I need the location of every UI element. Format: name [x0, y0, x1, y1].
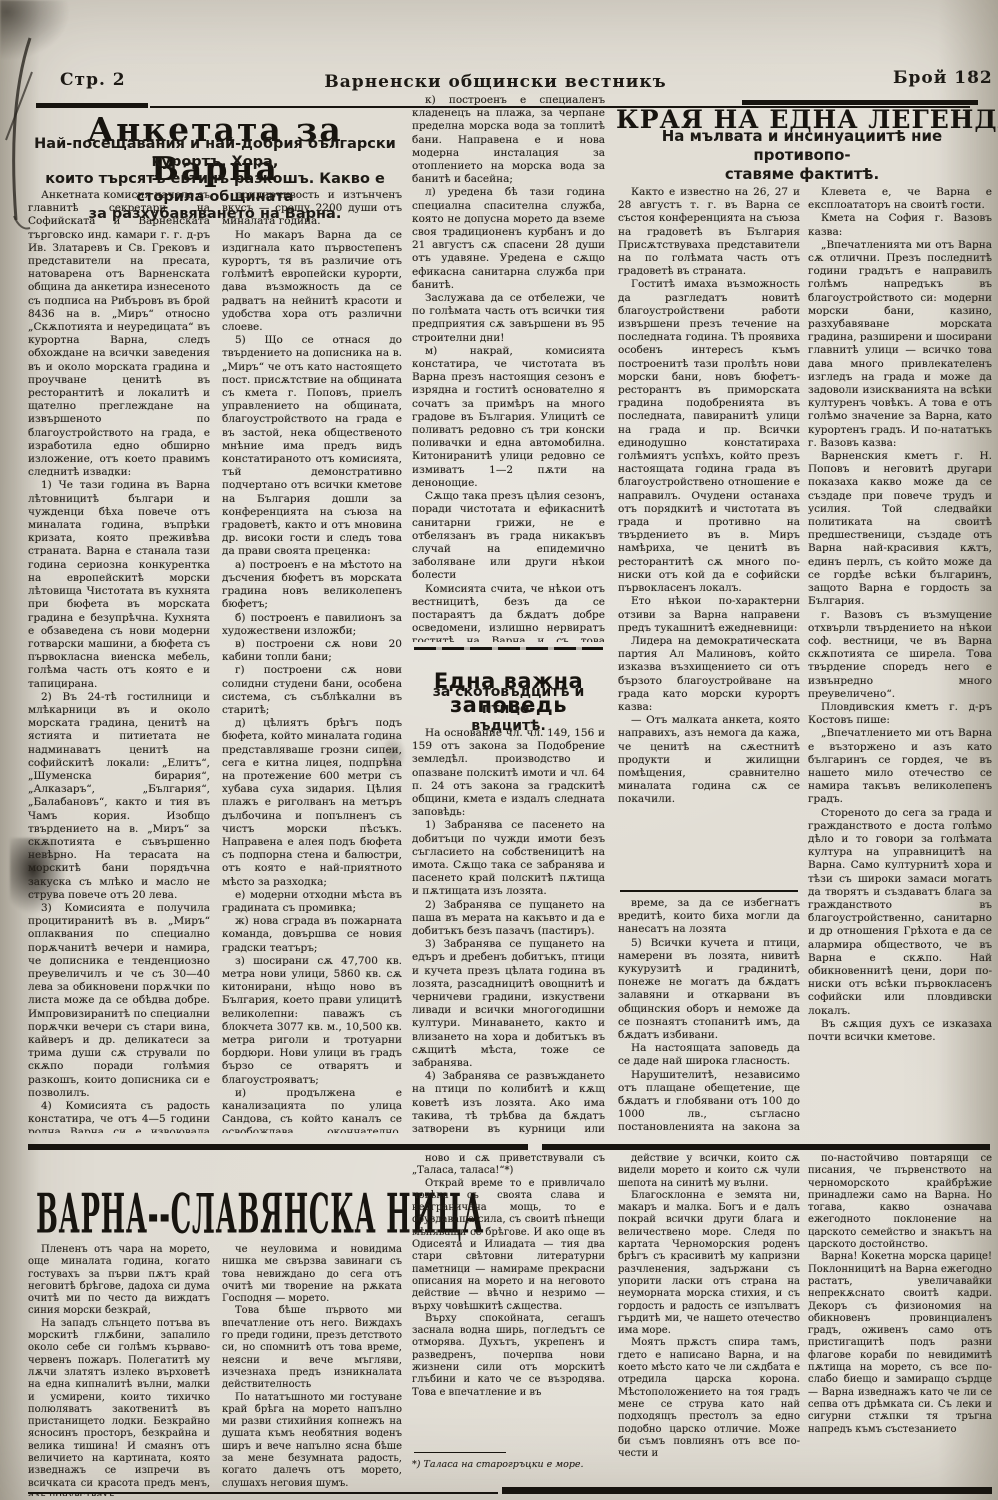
- paragraph: к) построенъ е специаленъ кладенецъ на п…: [412, 94, 605, 186]
- issue-number-label: Брой 182: [893, 68, 993, 88]
- paragraph: 5) Що се отнася до твърдението на дописн…: [222, 334, 402, 558]
- paragraph: На основание чл. чл. 149, 156 и 159 отъ …: [412, 727, 605, 819]
- paragraph: ново и сѫ приветствували съ „Таласа, тал…: [412, 1153, 605, 1178]
- paragraph: Но макаръ Варна да се издигнала като пър…: [222, 229, 402, 335]
- paragraph: Плененъ отъ чара на морето, още миналата…: [28, 1244, 210, 1318]
- paragraph: Кмета на София г. Вазовъ казва:: [808, 212, 992, 238]
- nica-column-5: по-настойчиво повтарящи се писания, че п…: [808, 1153, 992, 1496]
- paragraph: ж) нова сграда въ пожарната команда, дов…: [222, 915, 402, 955]
- paragraph: 2) Въ 24-тѣ гостилници и млѣкарници въ и…: [28, 691, 210, 902]
- paragraph: 1) Че тази година въ Варна лѣтовницитѣ б…: [28, 479, 210, 690]
- section-rule-left: [28, 1144, 528, 1150]
- bottom-rule-left: [28, 1492, 498, 1494]
- paragraph: действие у всички, които сѫ видели морет…: [618, 1153, 800, 1190]
- paragraph: з) шосирани сѫ 47,700 кв. метра нови ули…: [222, 955, 402, 1087]
- nica-column-4: действие у всички, които сѫ видели морет…: [618, 1153, 800, 1496]
- paragraph: Благосклонна е земята ни, макаръ и малка…: [618, 1190, 800, 1338]
- paragraph: в) построени сѫ нови 20 кабини топли бан…: [222, 638, 402, 664]
- paragraph: Ето нѣкои по-характерни отзиви за Варна …: [618, 595, 800, 635]
- paragraph: Комисията счита, че нѣкои отъ вестницитѣ…: [412, 583, 605, 642]
- paragraph: Моятъ прѫстъ спира тамъ, гдето е написан…: [618, 1337, 800, 1460]
- bottom-rule-right: [502, 1487, 992, 1494]
- paragraph: Сѫщо така презъ цѣлия сезонъ, поради чис…: [412, 490, 605, 582]
- paragraph: че неуловима и новидима нишка ме свързва…: [222, 1244, 402, 1305]
- paragraph: 3) Забранява се пущането на едъръ и дреб…: [412, 938, 605, 1070]
- paragraph: 4) Комисията съ радость констатира, че о…: [28, 1100, 210, 1133]
- footnote-rule: [414, 1452, 506, 1453]
- paragraph: 4) Забранява се развъждането на птици по…: [412, 1070, 605, 1134]
- masthead-title: Варненски общински вестникъ: [324, 72, 666, 92]
- paragraph: Гоститѣ имаха възможность да разгледатъ …: [618, 278, 800, 595]
- anketa-column-2: придирчивость и изтънченъ вкусъ — срещу …: [222, 189, 402, 1133]
- legend-subtitle: На мълвата и инсинуациитѣ ние противопо-…: [612, 127, 992, 184]
- paragraph: Това бѣше първото ми впечатление отъ нег…: [222, 1305, 402, 1391]
- paragraph: 1) Забранява се пасенето на добитъци по …: [412, 819, 605, 898]
- zapoved-column-2: време, за да се избегнатъ вредитѣ, които…: [618, 897, 800, 1134]
- header-rule-left: [36, 103, 148, 108]
- paragraph: по-настойчиво повтарящи се писания, че п…: [808, 1153, 992, 1251]
- paragraph: Нарушителитѣ, независимо отъ плащане обе…: [618, 1069, 800, 1134]
- paragraph: г. Вазовъ съ възмущение отхвърли твърден…: [808, 609, 992, 701]
- paragraph: Заслужава да се отбележи, че по голѣмата…: [412, 292, 605, 345]
- paragraph: Клевета е, че Варна е експлоататоръ на с…: [808, 186, 992, 212]
- anketa-column-1: Анкетната комисия начело съ главнитѣ сек…: [28, 189, 210, 1133]
- newspaper-page: Стр. 2 Варненски общински вестникъ Брой …: [0, 0, 998, 1500]
- zapoved-top-rule: [414, 647, 603, 650]
- paragraph: „Впечатленията ми отъ Варна сѫ отлични. …: [808, 239, 992, 450]
- paragraph: Пловдивския кметъ г. д-ръ Костовъ пише:: [808, 701, 992, 727]
- legend-subtitle-line: На мълвата и инсинуациитѣ ние противопо-: [612, 127, 992, 165]
- nica-column-3: ново и сѫ приветствували съ „Таласа, тал…: [412, 1153, 605, 1446]
- legend-column-1: Както е известно на 26, 27 и 28 августъ …: [618, 186, 800, 884]
- paragraph: „Впечатлението ми отъ Варна е възторжено…: [808, 727, 992, 806]
- paragraph: време, за да се избегнатъ вредитѣ, които…: [618, 897, 800, 937]
- paragraph: Както е известно на 26, 27 и 28 августъ …: [618, 186, 800, 278]
- paragraph: Въ сѫщия духъ се изказаха почти всички к…: [808, 1018, 992, 1044]
- paragraph: г) построени сѫ нови солидни студени бан…: [222, 664, 402, 717]
- paragraph: д) цѣлиятъ брѣгъ подъ бюфета, който мина…: [222, 717, 402, 889]
- paragraph: 2) Забранява се пущането на паша въ мера…: [412, 899, 605, 939]
- paragraph: Открай време то е привличало човѣка съ с…: [412, 1178, 605, 1313]
- paragraph: Лидера на демократическата партия Ал Мал…: [618, 635, 800, 714]
- footnote-text: *) Таласа на старогръцки е море.: [412, 1458, 605, 1476]
- paragraph: 5) Всички кучета и птици, намерени въ ло…: [618, 937, 800, 1043]
- page-number-label: Стр. 2: [60, 70, 126, 90]
- paragraph: На настоящата заповедь да се даде най ши…: [618, 1042, 800, 1068]
- paragraph: м) накрай, комисията констатира, че чист…: [412, 345, 605, 490]
- paragraph: и) продължена е канализацията по улица С…: [222, 1087, 402, 1133]
- legend-subtitle-line: ставяме фактитѣ.: [612, 165, 992, 184]
- zapoved-continuation-rule: [620, 890, 798, 892]
- paragraph: По нататъшното ми гостуване край брѣга н…: [222, 1392, 402, 1490]
- paragraph: Варненския кметъ г. Н. Поповъ и неговитѣ…: [808, 450, 992, 608]
- nica-column-1: Плененъ отъ чара на морето, още миналата…: [28, 1244, 210, 1496]
- section-rule-right: [542, 1144, 990, 1150]
- paragraph: л) уредена бѣ тази година специална спас…: [412, 186, 605, 292]
- paragraph: а) построенъ е на мѣстото на дъсчения бю…: [222, 559, 402, 612]
- anketa-subtitle-line: Най-посещавания и най-добрия български к…: [22, 136, 408, 171]
- paragraph: придирчивость и изтънченъ вкусъ — срещу …: [222, 189, 402, 229]
- zapoved-column-1: На основание чл. чл. 149, 156 и 159 отъ …: [412, 727, 605, 1134]
- paragraph: Върху спокойната, сегашъ заснала водна ш…: [412, 1313, 605, 1399]
- nica-column-2: че неуловима и новидима нишка ме свързва…: [222, 1244, 402, 1496]
- paragraph: е) модерни отходни мѣста въ градината съ…: [222, 889, 402, 915]
- zapoved-subtitle-line: за скотовъдцитѣ и птице-: [412, 684, 605, 718]
- paragraph: 3) Комисията е получила процитиранитѣ въ…: [28, 902, 210, 1100]
- paragraph: — Отъ малката анкета, която направихъ, а…: [618, 714, 800, 806]
- paragraph: На западъ слънцето потъва въ морскитѣ гл…: [28, 1318, 210, 1496]
- anketa-column-3: к) построенъ е специаленъ кладенецъ на п…: [412, 94, 605, 642]
- paragraph: Варна! Кокетна морска царице! Поклонници…: [808, 1251, 992, 1435]
- paragraph: б) построенъ е павилионъ за художествени…: [222, 612, 402, 638]
- paragraph: Анкетната комисия начело съ главнитѣ сек…: [28, 189, 210, 479]
- paragraph: Стореното до сега за града и гражданство…: [808, 807, 992, 1018]
- legend-column-2: Клевета е, че Варна е експлоататоръ на с…: [808, 186, 992, 1134]
